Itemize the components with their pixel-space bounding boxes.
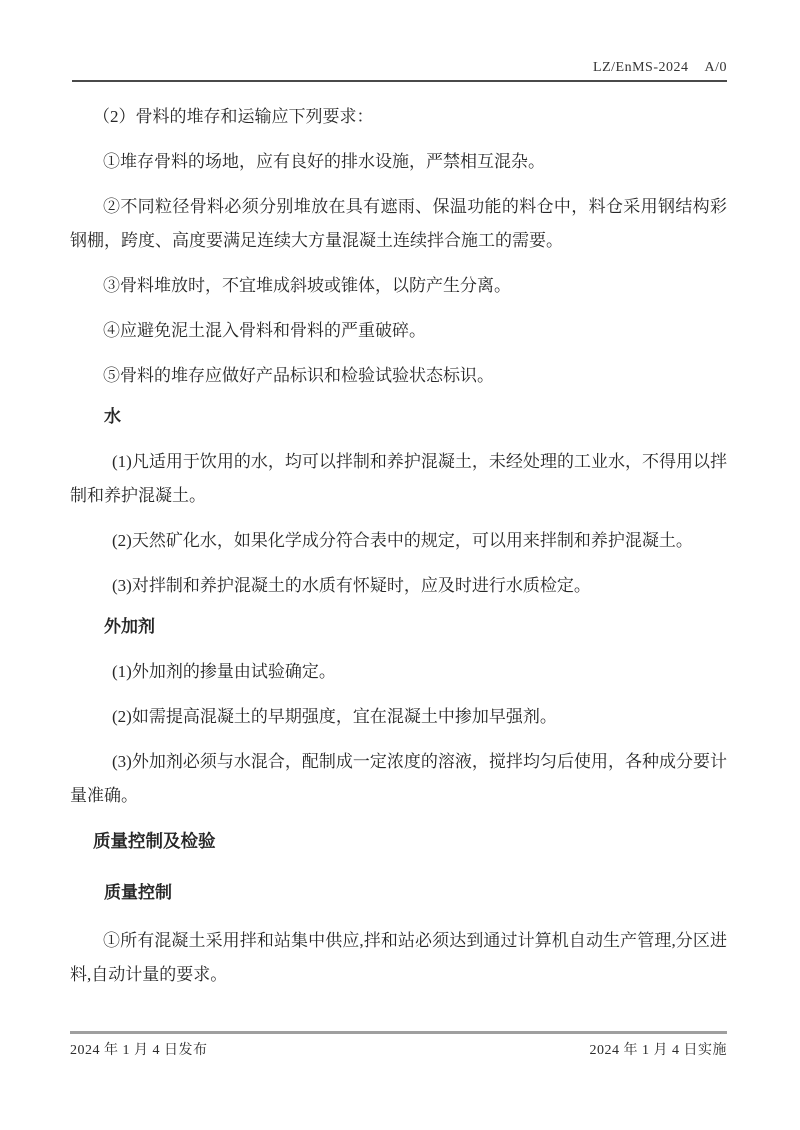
page-header: LZ/EnMS-2024 A/0 [72,0,727,82]
heading-water: 水 [70,400,727,434]
paragraph-quality-control-item-1: ①所有混凝土采用拌和站集中供应,拌和站必须达到通过计算机自动生产管理,分区进料,… [70,924,727,992]
paragraph-aggregate-item-3: ③骨料堆放时，不宜堆成斜坡或锥体，以防产生分离。 [70,269,727,303]
heading-quality-control: 质量控制 [70,876,727,910]
paragraph-aggregate-intro: （2）骨料的堆存和运输应下列要求： [70,100,727,134]
doc-version: A/0 [705,60,728,76]
paragraph-aggregate-item-1: ①堆存骨料的场地，应有良好的排水设施，严禁相互混杂。 [70,145,727,179]
document-content: （2）骨料的堆存和运输应下列要求： ①堆存骨料的场地，应有良好的排水设施，严禁相… [70,100,727,1003]
doc-code: LZ/EnMS-2024 [593,60,688,76]
heading-quality-control-inspection: 质量控制及检验 [70,824,727,858]
paragraph-admixture-item-1: (1)外加剂的掺量由试验确定。 [70,655,727,689]
heading-admixture: 外加剂 [70,610,727,644]
paragraph-admixture-item-2: (2)如需提高混凝土的早期强度，宜在混凝土中掺加早强剂。 [70,700,727,734]
document-page: LZ/EnMS-2024 A/0 （2）骨料的堆存和运输应下列要求： ①堆存骨料… [0,0,800,1130]
release-date: 2024 年 1 月 4 日发布 [70,1039,208,1059]
page-footer: 2024 年 1 月 4 日发布 2024 年 1 月 4 日实施 [70,1031,727,1059]
paragraph-aggregate-item-4: ④应避免泥土混入骨料和骨料的严重破碎。 [70,314,727,348]
paragraph-admixture-item-3: (3)外加剂必须与水混合，配制成一定浓度的溶液，搅拌均匀后使用，各种成分要计量准… [70,745,727,813]
paragraph-water-item-1: (1)凡适用于饮用的水，均可以拌制和养护混凝土，未经处理的工业水，不得用以拌制和… [70,445,727,513]
paragraph-aggregate-item-2: ②不同粒径骨料必须分别堆放在具有遮雨、保温功能的料仓中，料仓采用钢结构彩钢棚，跨… [70,190,727,258]
paragraph-water-item-2: (2)天然矿化水，如果化学成分符合表中的规定，可以用来拌制和养护混凝土。 [70,524,727,558]
implement-date: 2024 年 1 月 4 日实施 [590,1039,728,1059]
paragraph-aggregate-item-5: ⑤骨料的堆存应做好产品标识和检验试验状态标识。 [70,359,727,393]
paragraph-water-item-3: (3)对拌制和养护混凝土的水质有怀疑时，应及时进行水质检定。 [70,569,727,603]
